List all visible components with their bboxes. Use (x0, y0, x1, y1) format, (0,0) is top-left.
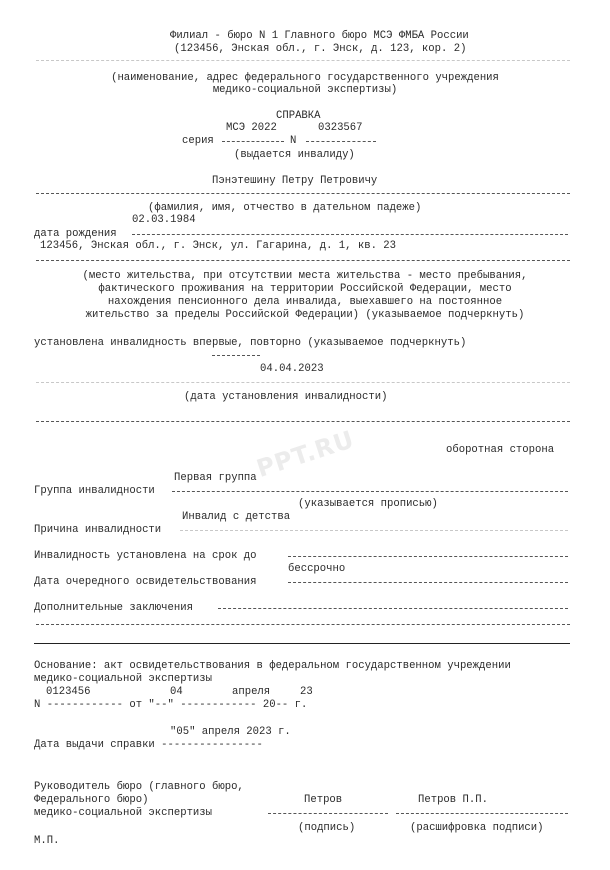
term-line (288, 556, 568, 557)
signer-role-3: медико-социальной экспертизы (34, 807, 212, 819)
address-caption-3: нахождения пенсионного дела инвалида, вы… (0, 296, 610, 308)
reverse-side-label: оборотная сторона (446, 444, 554, 456)
birth-date-line (132, 234, 568, 235)
series-label: серия (182, 135, 214, 147)
issued-to-caption: (выдается инвалиду) (234, 149, 355, 161)
stamp-label: М.П. (34, 835, 59, 847)
signature-name-line (396, 813, 568, 814)
additional-line-1 (218, 608, 568, 609)
cause-label: Причина инвалидности (34, 524, 161, 536)
org-address: (123456, Энская обл., г. Энск, д. 123, к… (174, 43, 466, 55)
signature-line (268, 813, 388, 814)
additional-label: Дополнительные заключения (34, 602, 193, 614)
established-underline (212, 355, 260, 356)
address-line (36, 260, 570, 261)
signature-name-value: Петров П.П. (418, 794, 488, 806)
section-divider (34, 643, 570, 644)
act-year-value: 23 (300, 686, 313, 698)
group-line (172, 491, 568, 492)
established-date-caption: (дата установления инвалидности) (184, 391, 387, 403)
group-value: Первая группа (174, 472, 257, 484)
act-month-value: апреля (232, 686, 270, 698)
term-value: бессрочно (288, 563, 345, 575)
term-label: Инвалидность установлена на срок до (34, 550, 257, 562)
basis-line-1: Основание: акт освидетельствования в фед… (34, 660, 511, 672)
next-exam-line (288, 582, 568, 583)
divider (36, 421, 570, 422)
signer-role-1: Руководитель бюро (главного бюро, (34, 781, 244, 793)
birth-date-value: 02.03.1984 (132, 214, 196, 226)
established-date-line (36, 382, 570, 383)
number-value: 0323567 (318, 122, 363, 134)
issue-date-value: "05" апреля 2023 г. (170, 726, 291, 738)
established-text: установлена инвалидность впервые, повтор… (34, 337, 466, 349)
series-value: МСЭ 2022 (226, 122, 277, 134)
signature-caption: (подпись) (298, 822, 355, 834)
org-caption-2: медико-социальной экспертизы) (0, 84, 610, 96)
signature-name-caption: (расшифровка подписи) (410, 822, 544, 834)
org-caption-1: (наименование, адрес федерального госуда… (0, 72, 610, 84)
series-line (222, 141, 284, 142)
divider (36, 60, 570, 61)
number-label: N (290, 135, 296, 147)
signer-role-2: Федерального бюро) (34, 794, 148, 806)
next-exam-label: Дата очередного освидетельствования (34, 576, 257, 588)
basis-line-2: медико-социальной экспертизы (34, 673, 212, 685)
additional-line-2 (36, 624, 570, 625)
name-line (36, 193, 570, 194)
address-caption-4: жительство за пределы Российской Федерац… (0, 309, 610, 321)
address-caption-2: фактического проживания на территории Ро… (0, 283, 610, 295)
established-date-value: 04.04.2023 (260, 363, 324, 375)
cause-value: Инвалид с детства (182, 511, 290, 523)
group-label: Группа инвалидности (34, 485, 155, 497)
number-line (306, 141, 376, 142)
watermark: PPT.RU (253, 425, 358, 483)
cause-line (180, 530, 568, 531)
act-template-line: N ------------ от "--" ------------ 20--… (34, 699, 307, 711)
act-day-value: 04 (170, 686, 183, 698)
issue-date-label: Дата выдачи справки ---------------- (34, 739, 263, 751)
signature-value: Петров (304, 794, 342, 806)
address-caption-1: (место жительства, при отсутствии места … (0, 270, 610, 282)
doc-title: СПРАВКА (276, 110, 321, 122)
group-caption: (указывается прописью) (298, 498, 438, 510)
birth-date-label: дата рождения (34, 228, 117, 240)
name-caption: (фамилия, имя, отчество в дательном паде… (148, 202, 421, 214)
act-number-value: 0123456 (46, 686, 91, 698)
org-name: Филиал - бюро N 1 Главного бюро МСЭ ФМБА… (170, 30, 469, 42)
address-value: 123456, Энская обл., г. Энск, ул. Гагари… (40, 240, 396, 252)
person-name: Пэнэтешину Петру Петровичу (212, 175, 377, 187)
